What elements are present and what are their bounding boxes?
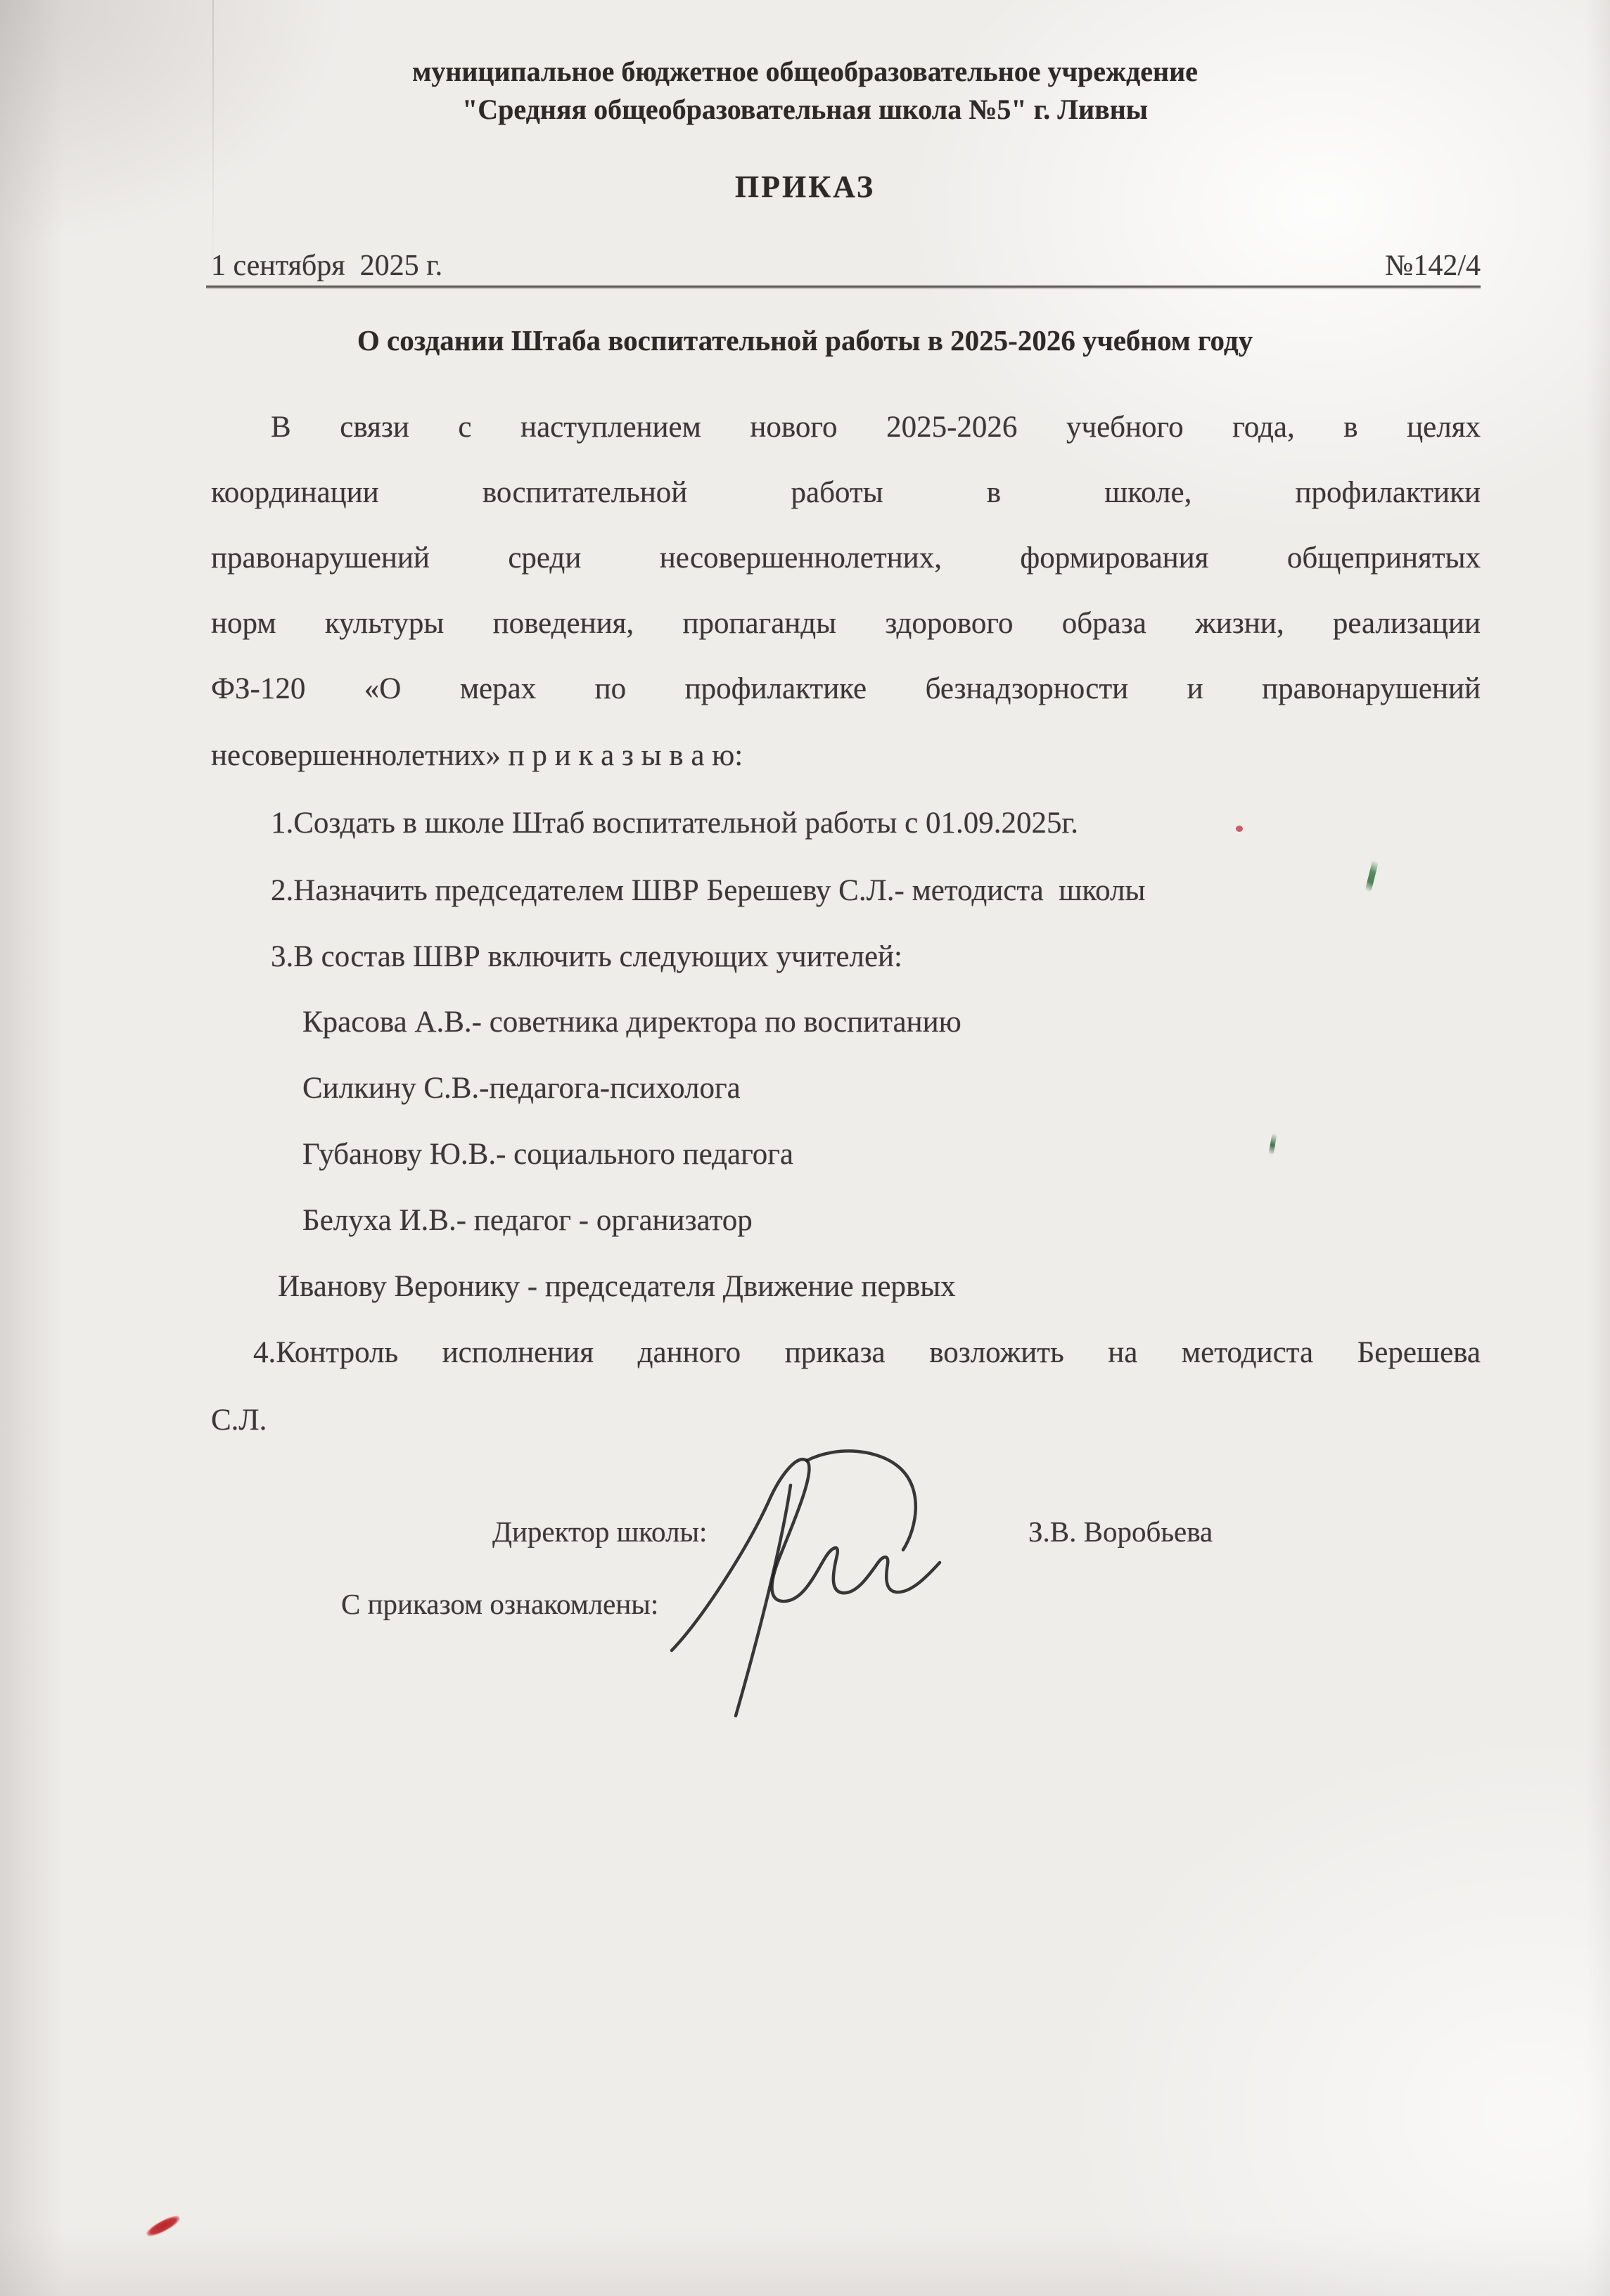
member-row: Силкину С.В.-педагога-психолога — [211, 1070, 1572, 1107]
signature-scribble — [605, 1443, 999, 1724]
body-line: В связи с наступлением нового 2025-2026 … — [211, 409, 1481, 470]
subject-line: О создании Штаба воспитательной работы в… — [0, 322, 1610, 359]
member-row: Губанову Ю.В.- социального педагога — [211, 1136, 1572, 1173]
body-line: координации воспитательной работы в школ… — [211, 475, 1481, 535]
date-underline — [206, 286, 1481, 288]
red-ink-artifact — [145, 2213, 182, 2240]
member-row: Иванову Веронику - председателя Движение… — [211, 1269, 1547, 1305]
body-line: несовершеннолетних» п р и к а з ы в а ю: — [211, 738, 1481, 774]
order-item-1: 1.Создать в школе Штаб воспитательной ра… — [211, 805, 1540, 842]
order-item-4: 4.Контроль исполнения данного приказа во… — [211, 1335, 1481, 1395]
document-title: ПРИКАЗ — [0, 169, 1610, 205]
org-name-line-2: "Средняя общеобразовательная школа №5" г… — [0, 91, 1610, 128]
order-item-4-continued: С.Л. — [211, 1402, 1481, 1439]
scanned-order-page: муниципальное бюджетное общеобразователь… — [0, 0, 1610, 2296]
order-number: №142/4 — [1385, 248, 1481, 284]
org-name-line-1: муниципальное бюджетное общеобразователь… — [0, 53, 1610, 90]
order-item-3: 3.В состав ШВР включить следующих учител… — [211, 939, 1540, 975]
body-line: ФЗ-120 «О мерах по профилактике безнадзо… — [211, 671, 1481, 731]
member-row: Красова А.В.- советника директора по вос… — [211, 1004, 1572, 1041]
signer-name: З.В. Воробьева — [1028, 1513, 1213, 1550]
body-line: правонарушений среди несовершеннолетних,… — [211, 540, 1481, 601]
member-row: Белуха И.В.- педагог - организатор — [211, 1202, 1572, 1239]
order-item-2: 2.Назначить председателем ШВР Берешеву С… — [211, 873, 1540, 909]
body-line: норм культуры поведения, пропаганды здор… — [211, 605, 1481, 666]
order-date: 1 сентября 2025 г. — [211, 248, 442, 284]
